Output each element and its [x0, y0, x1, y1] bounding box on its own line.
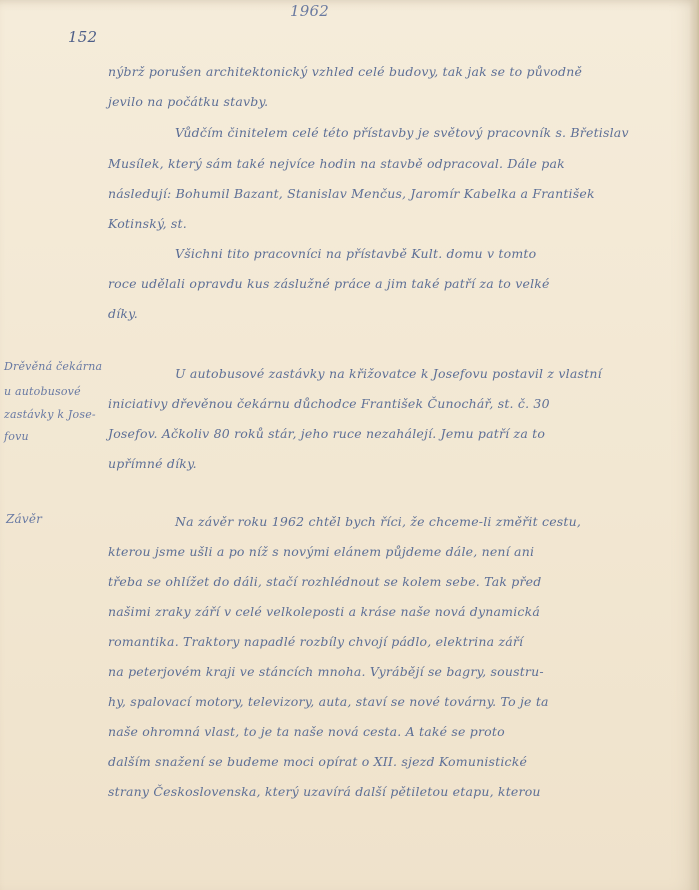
- body-line: upřímné díky.: [108, 456, 197, 471]
- body-line: Musílek, který sám také nejvíce hodin na…: [108, 156, 565, 171]
- body-line: strany Československa, který uzavírá dal…: [108, 784, 541, 799]
- body-line: U autobusové zastávky na křižovatce k Jo…: [175, 366, 602, 381]
- body-line: roce udělali opravdu kus záslužné práce …: [108, 276, 550, 291]
- body-line: jevilo na počátku stavby.: [108, 94, 268, 109]
- body-line: Na závěr roku 1962 chtěl bych říci, že c…: [175, 514, 581, 529]
- body-line: kterou jsme ušli a po níž s novými eláne…: [108, 544, 534, 559]
- body-line: díky.: [108, 306, 138, 321]
- margin-note-bus-shelter-line-3: zastávky k Jose-: [4, 408, 96, 421]
- handwritten-chronicle-page: 1962 152 Drěvěná čekárna u autobusové za…: [0, 0, 699, 890]
- body-line: následují: Bohumil Bazant, Stanislav Men…: [108, 186, 595, 201]
- body-line: třeba se ohlížet do dáli, stačí rozhlédn…: [108, 574, 542, 589]
- body-line: iniciativy dřevěnou čekárnu důchodce Fra…: [108, 396, 550, 411]
- body-line: nýbrž porušen architektonický vzhled cel…: [108, 64, 582, 79]
- margin-note-bus-shelter-line-4: fovu: [4, 430, 29, 443]
- body-line: naše ohromná vlast, to je ta naše nová c…: [108, 724, 505, 739]
- margin-note-bus-shelter-line-2: u autobusové: [4, 385, 81, 398]
- body-line: Všichni tito pracovníci na přístavbě Kul…: [175, 246, 536, 261]
- margin-note-bus-shelter-line-1: Drěvěná čekárna: [4, 360, 102, 373]
- body-line: Kotinský, st.: [108, 216, 187, 231]
- margin-note-conclusion: Závěr: [6, 512, 42, 526]
- body-line: Vůdčím činitelem celé této přístavby je …: [175, 125, 629, 140]
- body-line: romantika. Traktory napadlé rozbíly chvo…: [108, 634, 523, 649]
- page-number: 152: [68, 28, 97, 46]
- body-line: našimi zraky září v celé velkoleposti a …: [108, 604, 540, 619]
- body-line: hy, spalovací motory, televizory, auta, …: [108, 694, 549, 709]
- body-line: dalším snažení se budeme moci opírat o X…: [108, 754, 527, 769]
- body-line: na peterjovém kraji ve stáncích mnoha. V…: [108, 664, 544, 679]
- body-line: Josefov. Ačkoliv 80 roků stár, jeho ruce…: [108, 426, 545, 441]
- year-header: 1962: [290, 2, 329, 20]
